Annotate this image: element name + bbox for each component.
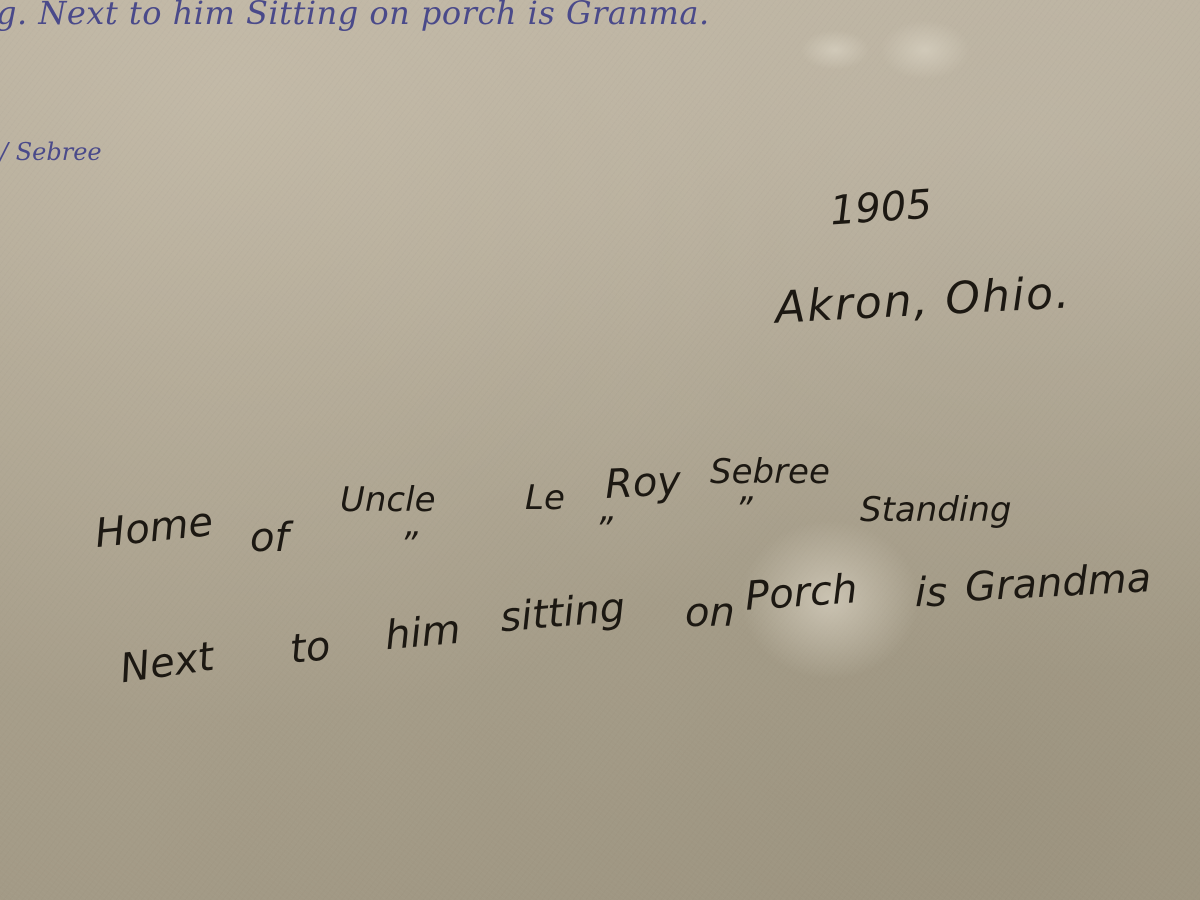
- word-of: of: [250, 515, 289, 561]
- scuff-mark: [800, 30, 870, 70]
- word-to: to: [288, 623, 333, 673]
- blue-ink-sebree-fragment: / Sebree: [0, 138, 102, 166]
- word-is: is: [915, 570, 947, 616]
- word-on: on: [685, 590, 735, 636]
- word-porch: Porch: [744, 566, 859, 620]
- ditto-mark: ”: [735, 490, 753, 530]
- caption-line-2: Next to him sitting on Porch is Grandma: [120, 560, 1200, 710]
- word-sebree: Sebree: [710, 452, 830, 492]
- word-roy: Roy: [604, 458, 682, 508]
- blue-ink-top-line: g. Next to him Sitting on porch is Granm…: [0, 0, 710, 32]
- ditto-mark: ”: [400, 525, 418, 565]
- word-next: Next: [117, 634, 216, 693]
- ditto-mark: ”: [595, 510, 613, 550]
- scuff-mark: [880, 20, 970, 80]
- word-home: Home: [93, 499, 215, 557]
- word-grandma: Grandma: [964, 555, 1152, 611]
- word-standing: Standing: [860, 490, 1011, 530]
- year-note: 1905: [829, 182, 934, 235]
- word-le: Le: [525, 478, 565, 518]
- word-uncle: Uncle: [340, 480, 436, 520]
- word-him: him: [383, 607, 462, 659]
- word-sitting: sitting: [498, 585, 627, 642]
- paper-texture: [0, 0, 1200, 900]
